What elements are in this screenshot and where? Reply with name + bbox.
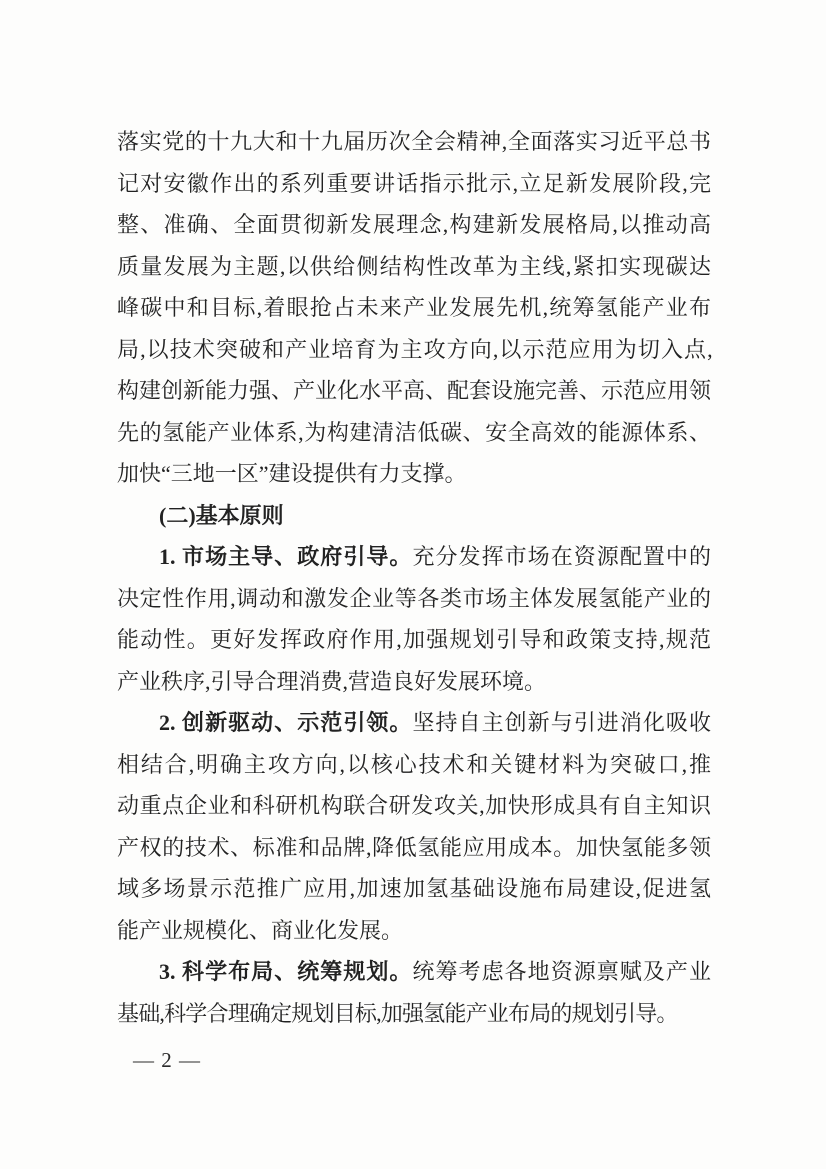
principle-3-title: 3. 科学布局、统筹规划。 — [159, 959, 412, 984]
text-line: 相结合,明确主攻方向,以核心技术和关键材料为突破口,推 — [117, 744, 711, 786]
text-line: 动重点企业和科研机构联合研发攻关,加快形成具有自主知识 — [117, 785, 711, 827]
text-line: 产权的技术、标准和品牌,降低氢能应用成本。加快氢能多领 — [117, 827, 711, 869]
text-line: 2. 创新驱动、示范引领。坚持自主创新与引进消化吸收 — [117, 702, 711, 744]
text-line: 3. 科学布局、统筹规划。统筹考虑各地资源禀赋及产业 — [117, 951, 711, 993]
text-line: 加快“三地一区”建设提供有力支撑。 — [117, 453, 711, 495]
page-number: — 2 — — [133, 1048, 201, 1072]
text-line: 能产业规模化、商业化发展。 — [117, 910, 711, 952]
principle-3-lead-text: 统筹考虑各地资源禀赋及产业 — [412, 959, 711, 984]
page-footer: — 2 — — [133, 1046, 201, 1074]
text-line: 基础,科学合理确定规划目标,加强氢能产业布局的规划引导。 — [117, 993, 711, 1035]
text-line: 落实党的十九大和十九届历次全会精神,全面落实习近平总书 — [117, 121, 711, 163]
text-line: 产业秩序,引导合理消费,营造良好发展环境。 — [117, 661, 711, 703]
document-page: 落实党的十九大和十九届历次全会精神,全面落实习近平总书 记对安徽作出的系列重要讲… — [0, 0, 826, 1169]
text-line: 能动性。更好发挥政府作用,加强规划引导和政策支持,规范 — [117, 619, 711, 661]
principle-2-title: 2. 创新驱动、示范引领。 — [159, 710, 412, 735]
principle-1-title: 1. 市场主导、政府引导。 — [159, 544, 412, 569]
document-body: 落实党的十九大和十九届历次全会精神,全面落实习近平总书 记对安徽作出的系列重要讲… — [117, 121, 711, 1034]
text-line: 局,以技术突破和产业培育为主攻方向,以示范应用为切入点, — [117, 329, 711, 371]
text-line: 质量发展为主题,以供给侧结构性改革为主线,紧扣实现碳达 — [117, 246, 711, 288]
text-line: 峰碳中和目标,着眼抢占未来产业发展先机,统筹氢能产业布 — [117, 287, 711, 329]
text-line: 先的氢能产业体系,为构建清洁低碳、安全高效的能源体系、 — [117, 412, 711, 454]
text-line: 1. 市场主导、政府引导。充分发挥市场在资源配置中的 — [117, 536, 711, 578]
section-heading-basic-principles: (二)基本原则 — [117, 495, 711, 537]
principle-1-lead-text: 充分发挥市场在资源配置中的 — [412, 544, 711, 569]
text-line: 整、准确、全面贯彻新发展理念,构建新发展格局,以推动高 — [117, 204, 711, 246]
text-line: 构建创新能力强、产业化水平高、配套设施完善、示范应用领 — [117, 370, 711, 412]
text-line: 决定性作用,调动和激发企业等各类市场主体发展氢能产业的 — [117, 578, 711, 620]
text-line: 域多场景示范推广应用,加速加氢基础设施布局建设,促进氢 — [117, 868, 711, 910]
text-line: 记对安徽作出的系列重要讲话指示批示,立足新发展阶段,完 — [117, 163, 711, 205]
principle-2-lead-text: 坚持自主创新与引进消化吸收 — [412, 710, 711, 735]
